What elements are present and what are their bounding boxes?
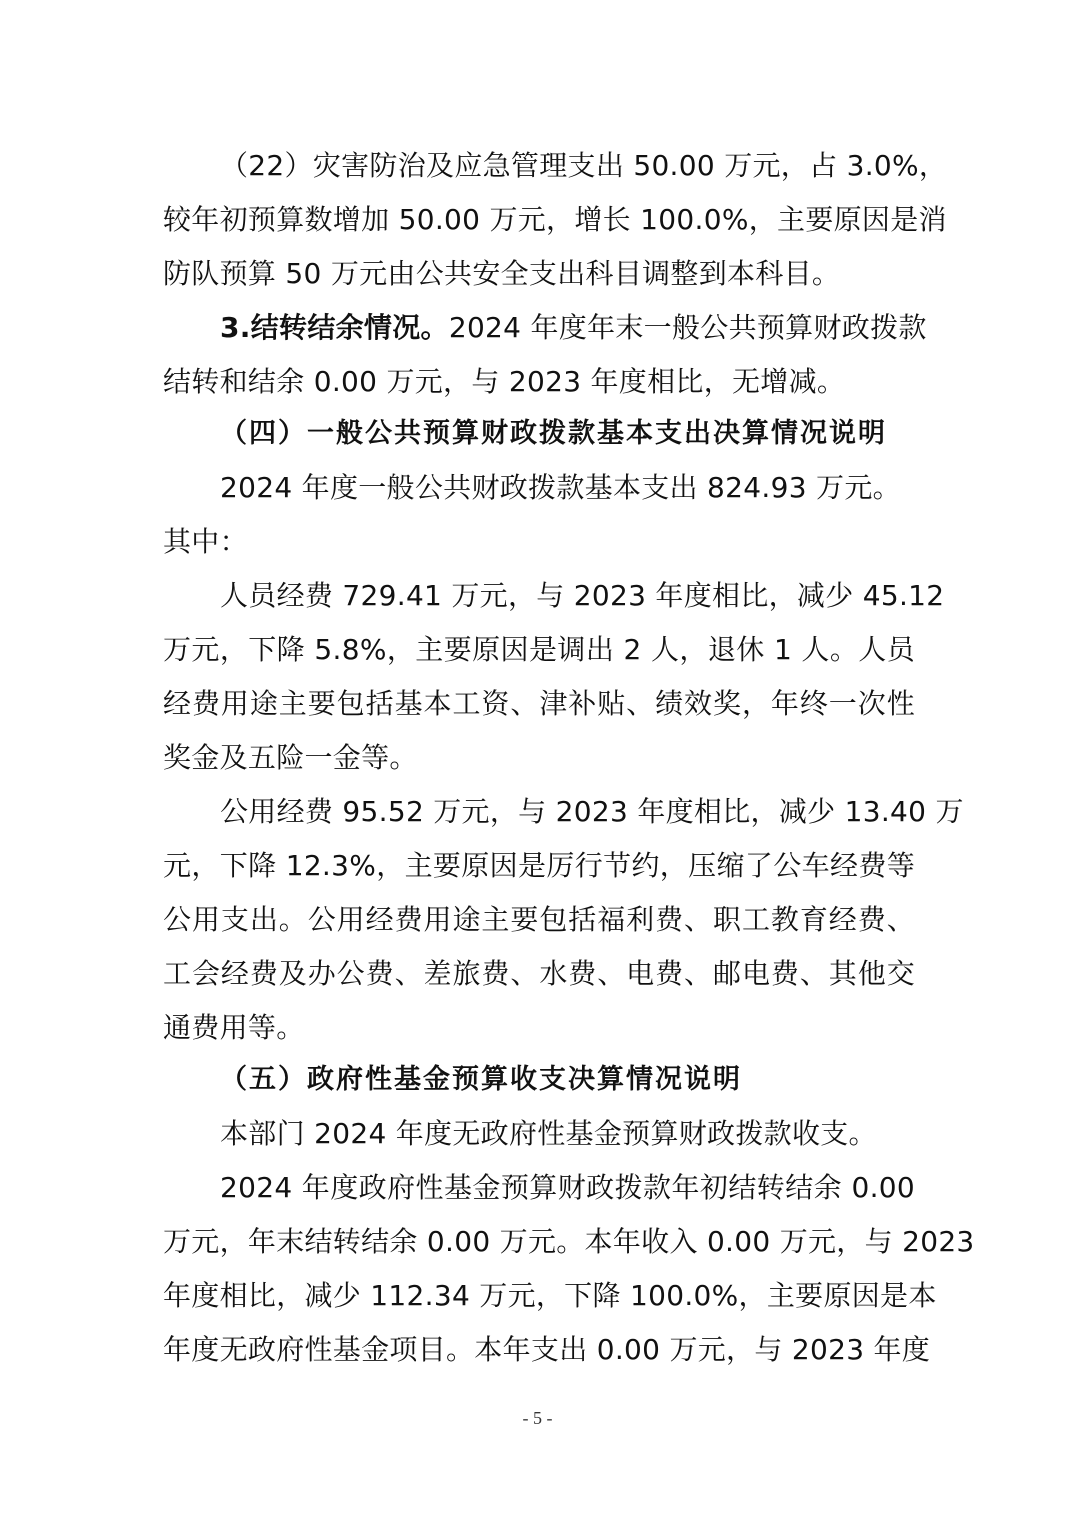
carryover-line-1-rest: 2024 年度年末一般公共预算财政拨款 [449, 311, 927, 344]
page-number: - 5 - [0, 1408, 1075, 1429]
carryover-line-2: 结转和结余 0.00 万元，与 2023 年度相比，无增减。 [163, 362, 915, 402]
personnel-line-4: 奖金及五险一金等。 [163, 738, 915, 778]
document-page: （22）灾害防治及应急管理支出 50.00 万元，占 3.0%， 较年初预算数增… [0, 0, 1075, 1520]
carryover-line-1: 3.结转结余情况。2024 年度年末一般公共预算财政拨款 [220, 308, 915, 348]
public-line-3: 公用支出。公用经费用途主要包括福利费、职工教育经费、 [163, 900, 915, 940]
fund-none-line: 本部门 2024 年度无政府性基金预算财政拨款收支。 [220, 1114, 915, 1154]
para-22-line-3: 防队预算 50 万元由公共安全支出科目调整到本科目。 [163, 254, 915, 294]
personnel-line-1: 人员经费 729.41 万元，与 2023 年度相比，减少 45.12 [220, 576, 915, 616]
public-line-4: 工会经费及办公费、差旅费、水费、电费、邮电费、其他交 [163, 954, 915, 994]
personnel-line-3: 经费用途主要包括基本工资、津补贴、绩效奖，年终一次性 [163, 684, 915, 724]
fund-line-2: 万元，年末结转结余 0.00 万元。本年收入 0.00 万元，与 2023 [163, 1222, 915, 1262]
fund-line-3: 年度相比，减少 112.34 万元，下降 100.0%，主要原因是本 [163, 1276, 915, 1316]
para-22-line-2: 较年初预算数增加 50.00 万元，增长 100.0%，主要原因是消 [163, 200, 915, 240]
basic-line-2: 其中： [163, 522, 915, 562]
basic-line-1: 2024 年度一般公共财政拨款基本支出 824.93 万元。 [220, 468, 915, 508]
fund-line-4: 年度无政府性基金项目。本年支出 0.00 万元，与 2023 年度 [163, 1330, 915, 1370]
section-heading-5: （五）政府性基金预算收支决算情况说明 [220, 1060, 742, 1100]
public-line-1: 公用经费 95.52 万元，与 2023 年度相比，减少 13.40 万 [220, 792, 915, 832]
carryover-lead: 3.结转结余情况。 [220, 311, 449, 344]
public-line-2: 元，下降 12.3%，主要原因是厉行节约，压缩了公车经费等 [163, 846, 915, 886]
fund-line-1: 2024 年度政府性基金预算财政拨款年初结转结余 0.00 [220, 1168, 915, 1208]
para-22-line-1: （22）灾害防治及应急管理支出 50.00 万元，占 3.0%， [220, 146, 915, 186]
personnel-line-2: 万元，下降 5.8%，主要原因是调出 2 人，退休 1 人。人员 [163, 630, 915, 670]
public-line-5: 通费用等。 [163, 1008, 915, 1048]
section-heading-4: （四）一般公共预算财政拨款基本支出决算情况说明 [220, 414, 887, 454]
